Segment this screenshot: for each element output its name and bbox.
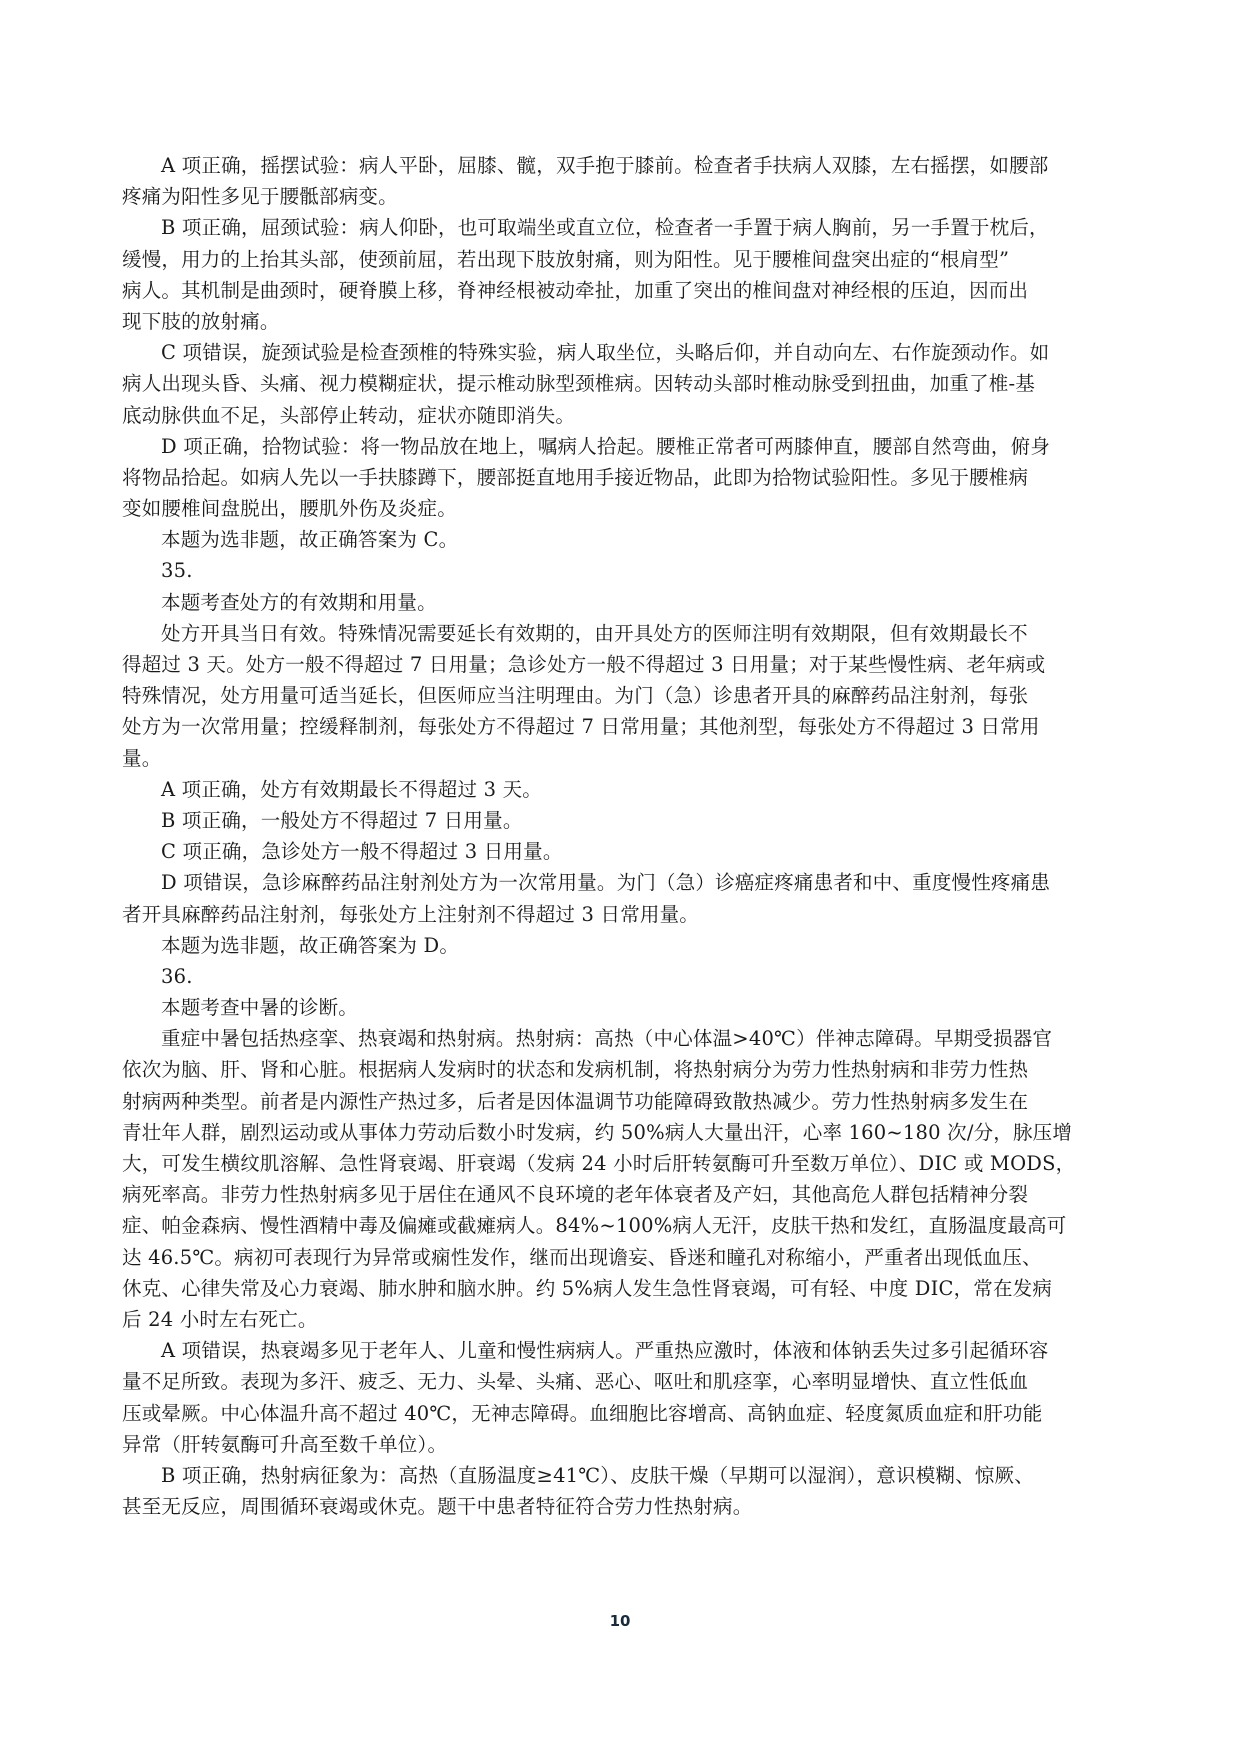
text-line: D 项正确，拾物试验：将一物品放在地上，嘱病人拾起。腰椎正常者可两膝伸直，腰部自… [122, 431, 1122, 462]
text-line: B 项正确，屈颈试验：病人仰卧，也可取端坐或直立位，检查者一手置于病人胸前，另一… [122, 212, 1122, 243]
text-line: 异常（肝转氨酶可升高至数千单位）。 [122, 1429, 1122, 1460]
text-line: 休克、心律失常及心力衰竭、肺水肿和脑水肿。约 5%病人发生急性肾衰竭，可有轻、中… [122, 1273, 1122, 1304]
text-line: B 项正确，热射病征象为：高热（直肠温度≥41℃）、皮肤干燥（早期可以湿润），意… [122, 1460, 1122, 1491]
text-line: 甚至无反应，周围循环衰竭或休克。题干中患者特征符合劳力性热射病。 [122, 1491, 1122, 1522]
paragraph-q34-option-a: A 项正确，摇摆试验：病人平卧，屈膝、髋，双手抱于膝前。检查者手扶病人双膝，左右… [122, 150, 1122, 212]
page-number: 10 [0, 1612, 1240, 1630]
text-line: 本题为选非题，故正确答案为 C。 [122, 524, 1122, 555]
paragraph-q35-number: 35. [122, 555, 1122, 586]
text-line: B 项正确，一般处方不得超过 7 日用量。 [122, 805, 1122, 836]
text-line: 将物品拾起。如病人先以一手扶膝蹲下，腰部挺直地用手接近物品，此即为拾物试验阳性。… [122, 462, 1122, 493]
text-line: 依次为脑、肝、肾和心脏。根据病人发病时的状态和发病机制，将热射病分为劳力性热射病… [122, 1054, 1122, 1085]
paragraph-q34-option-d: D 项正确，拾物试验：将一物品放在地上，嘱病人拾起。腰椎正常者可两膝伸直，腰部自… [122, 431, 1122, 525]
text-line: 处方开具当日有效。特殊情况需要延长有效期的，由开具处方的医师注明有效期限，但有效… [122, 618, 1122, 649]
text-line: 36. [122, 961, 1122, 992]
paragraph-q34-option-b: B 项正确，屈颈试验：病人仰卧，也可取端坐或直立位，检查者一手置于病人胸前，另一… [122, 212, 1122, 337]
text-line: 达 46.5℃。病初可表现行为异常或痫性发作，继而出现谵妄、昏迷和瞳孔对称缩小，… [122, 1242, 1122, 1273]
paragraph-q35-explanation: 处方开具当日有效。特殊情况需要延长有效期的，由开具处方的医师注明有效期限，但有效… [122, 618, 1122, 774]
paragraph-q35-topic: 本题考查处方的有效期和用量。 [122, 587, 1122, 618]
text-line: 量。 [122, 743, 1122, 774]
text-line: C 项正确，急诊处方一般不得超过 3 日用量。 [122, 836, 1122, 867]
paragraph-q35-option-d: D 项错误，急诊麻醉药品注射剂处方为一次常用量。为门（急）诊癌症疼痛患者和中、重… [122, 867, 1122, 929]
text-line: D 项错误，急诊麻醉药品注射剂处方为一次常用量。为门（急）诊癌症疼痛患者和中、重… [122, 867, 1122, 898]
text-line: 缓慢，用力的上抬其头部，使颈前屈，若出现下肢放射痛，则为阳性。见于腰椎间盘突出症… [122, 244, 1122, 275]
text-line: 底动脉供血不足，头部停止转动，症状亦随即消失。 [122, 400, 1122, 431]
text-line: 得超过 3 天。处方一般不得超过 7 日用量；急诊处方一般不得超过 3 日用量；… [122, 649, 1122, 680]
document-page: A 项正确，摇摆试验：病人平卧，屈膝、髋，双手抱于膝前。检查者手扶病人双膝，左右… [0, 0, 1240, 1754]
text-line: 重症中暑包括热痉挛、热衰竭和热射病。热射病：高热（中心体温>40℃）伴神志障碍。… [122, 1023, 1122, 1054]
text-line: 特殊情况，处方用量可适当延长，但医师应当注明理由。为门（急）诊患者开具的麻醉药品… [122, 680, 1122, 711]
text-line: 症、帕金森病、慢性酒精中毒及偏瘫或截瘫病人。84%~100%病人无汗，皮肤干热和… [122, 1210, 1122, 1241]
text-line: 量不足所致。表现为多汗、疲乏、无力、头晕、头痛、恶心、呕吐和肌痉挛，心率明显增快… [122, 1366, 1122, 1397]
paragraph-q36-option-a: A 项错误，热衰竭多见于老年人、儿童和慢性病病人。严重热应激时，体液和体钠丢失过… [122, 1335, 1122, 1460]
text-line: 大，可发生横纹肌溶解、急性肾衰竭、肝衰竭（发病 24 小时后肝转氨酶可升至数万单… [122, 1148, 1122, 1179]
text-line: 病人。其机制是曲颈时，硬脊膜上移，脊神经根被动牵扯，加重了突出的椎间盘对神经根的… [122, 275, 1122, 306]
paragraph-q36-explanation: 重症中暑包括热痉挛、热衰竭和热射病。热射病：高热（中心体温>40℃）伴神志障碍。… [122, 1023, 1122, 1335]
text-line: 本题考查处方的有效期和用量。 [122, 587, 1122, 618]
text-line: 病人出现头昏、头痛、视力模糊症状，提示椎动脉型颈椎病。因转动头部时椎动脉受到扭曲… [122, 368, 1122, 399]
text-line: 现下肢的放射痛。 [122, 306, 1122, 337]
paragraph-q35-answer: 本题为选非题，故正确答案为 D。 [122, 930, 1122, 961]
text-line: A 项错误，热衰竭多见于老年人、儿童和慢性病病人。严重热应激时，体液和体钠丢失过… [122, 1335, 1122, 1366]
text-line: 青壮年人群，剧烈运动或从事体力劳动后数小时发病，约 50%病人大量出汗，心率 1… [122, 1117, 1122, 1148]
text-line: 疼痛为阳性多见于腰骶部病变。 [122, 181, 1122, 212]
text-line: 处方为一次常用量；控缓释制剂，每张处方不得超过 7 日常用量；其他剂型，每张处方… [122, 711, 1122, 742]
paragraph-q34-answer: 本题为选非题，故正确答案为 C。 [122, 524, 1122, 555]
text-line: 本题为选非题，故正确答案为 D。 [122, 930, 1122, 961]
text-line: 35. [122, 555, 1122, 586]
text-line: 者开具麻醉药品注射剂，每张处方上注射剂不得超过 3 日常用量。 [122, 899, 1122, 930]
text-line: 射病两种类型。前者是内源性产热过多，后者是因体温调节功能障碍致散热减少。劳力性热… [122, 1086, 1122, 1117]
paragraph-q35-option-b: B 项正确，一般处方不得超过 7 日用量。 [122, 805, 1122, 836]
paragraph-q35-option-a: A 项正确，处方有效期最长不得超过 3 天。 [122, 774, 1122, 805]
text-line: A 项正确，摇摆试验：病人平卧，屈膝、髋，双手抱于膝前。检查者手扶病人双膝，左右… [122, 150, 1122, 181]
text-line: 压或晕厥。中心体温升高不超过 40℃，无神志障碍。血细胞比容增高、高钠血症、轻度… [122, 1398, 1122, 1429]
text-line: 后 24 小时左右死亡。 [122, 1304, 1122, 1335]
text-line: A 项正确，处方有效期最长不得超过 3 天。 [122, 774, 1122, 805]
text-line: C 项错误，旋颈试验是检查颈椎的特殊实验，病人取坐位，头略后仰，并自动向左、右作… [122, 337, 1122, 368]
text-line: 变如腰椎间盘脱出，腰肌外伤及炎症。 [122, 493, 1122, 524]
paragraph-q34-option-c: C 项错误，旋颈试验是检查颈椎的特殊实验，病人取坐位，头略后仰，并自动向左、右作… [122, 337, 1122, 431]
paragraph-q36-option-b: B 项正确，热射病征象为：高热（直肠温度≥41℃）、皮肤干燥（早期可以湿润），意… [122, 1460, 1122, 1522]
paragraph-q36-topic: 本题考查中暑的诊断。 [122, 992, 1122, 1023]
text-line: 本题考查中暑的诊断。 [122, 992, 1122, 1023]
text-line: 病死率高。非劳力性热射病多见于居住在通风不良环境的老年体衰者及产妇，其他高危人群… [122, 1179, 1122, 1210]
paragraph-q36-number: 36. [122, 961, 1122, 992]
document-body: A 项正确，摇摆试验：病人平卧，屈膝、髋，双手抱于膝前。检查者手扶病人双膝，左右… [122, 150, 1122, 1522]
paragraph-q35-option-c: C 项正确，急诊处方一般不得超过 3 日用量。 [122, 836, 1122, 867]
